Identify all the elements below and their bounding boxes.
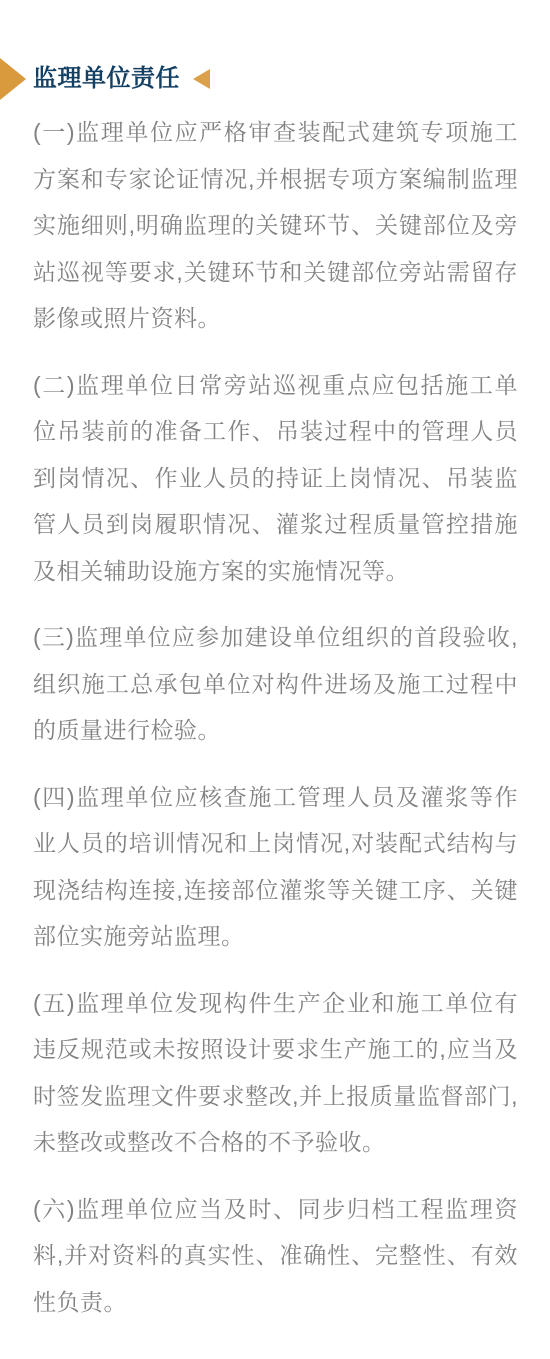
paragraph-5: (五)监理单位发现构件生产企业和施工单位有违反规范或未按照设计要求生产施工的,应…: [33, 980, 518, 1166]
paragraph-3: (三)监理单位应参加建设单位组织的首段验收,组织施工总承包单位对构件进场及施工过…: [33, 614, 518, 754]
paragraph-4: (四)监理单位应核查施工管理人员及灌浆等作业人员的培训情况和上岗情况,对装配式结…: [33, 774, 518, 960]
article-body: (一)监理单位应严格审查装配式建筑专项施工方案和专家论证情况,并根据专项方案编制…: [0, 109, 550, 1325]
paragraph-2: (二)监理单位日常旁站巡视重点应包括施工单位吊装前的准备工作、吊装过程中的管理人…: [33, 362, 518, 595]
title-left-triangle-icon: [193, 69, 210, 89]
header-arrow-icon: [0, 58, 26, 100]
section-header: 监理单位责任: [0, 57, 550, 100]
article-page: 监理单位责任 (一)监理单位应严格审查装配式建筑专项施工方案和专家论证情况,并根…: [0, 0, 550, 1359]
paragraph-6: (六)监理单位应当及时、同步归档工程监理资料,并对资料的真实性、准确性、完整性、…: [33, 1186, 518, 1326]
page-title: 监理单位责任: [33, 57, 180, 100]
paragraph-1: (一)监理单位应严格审查装配式建筑专项施工方案和专家论证情况,并根据专项方案编制…: [33, 109, 518, 342]
